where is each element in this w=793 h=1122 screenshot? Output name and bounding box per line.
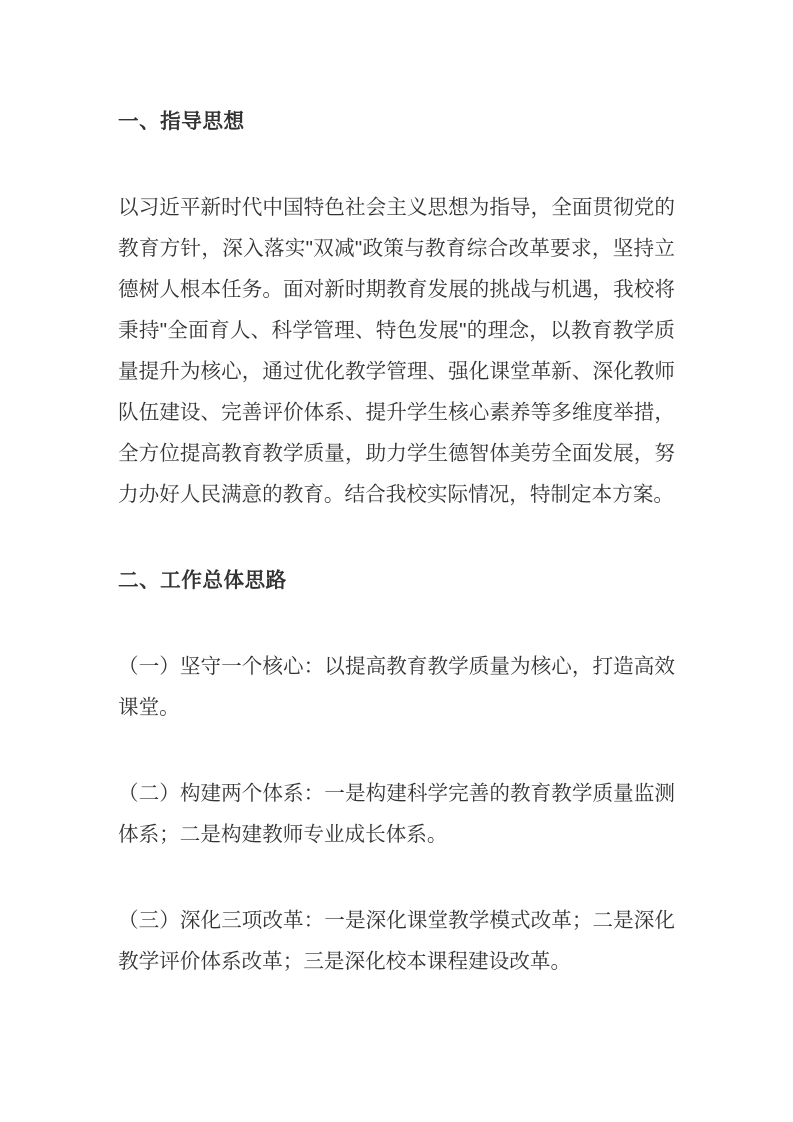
- paragraph-guiding-ideology-body: 以习近平新时代中国特色社会主义思想为指导，全面贯彻党的教育方针，深入落实"双减"…: [118, 187, 675, 515]
- section-heading-overall-work-plan: 二、工作总体思路: [118, 560, 675, 601]
- paragraph-item-one-core: （一）坚守一个核心：以提高教育教学质量为核心，打造高效课堂。: [118, 646, 675, 728]
- section-heading-guiding-ideology: 一、指导思想: [118, 101, 675, 142]
- paragraph-item-three-reforms: （三）深化三项改革：一是深化课堂教学模式改革；二是深化教学评价体系改革；三是深化…: [118, 900, 675, 982]
- document-page: 一、指导思想 以习近平新时代中国特色社会主义思想为指导，全面贯彻党的教育方针，深…: [0, 0, 793, 1122]
- paragraph-item-two-systems: （二）构建两个体系：一是构建科学完善的教育教学质量监测体系；二是构建教师专业成长…: [118, 773, 675, 855]
